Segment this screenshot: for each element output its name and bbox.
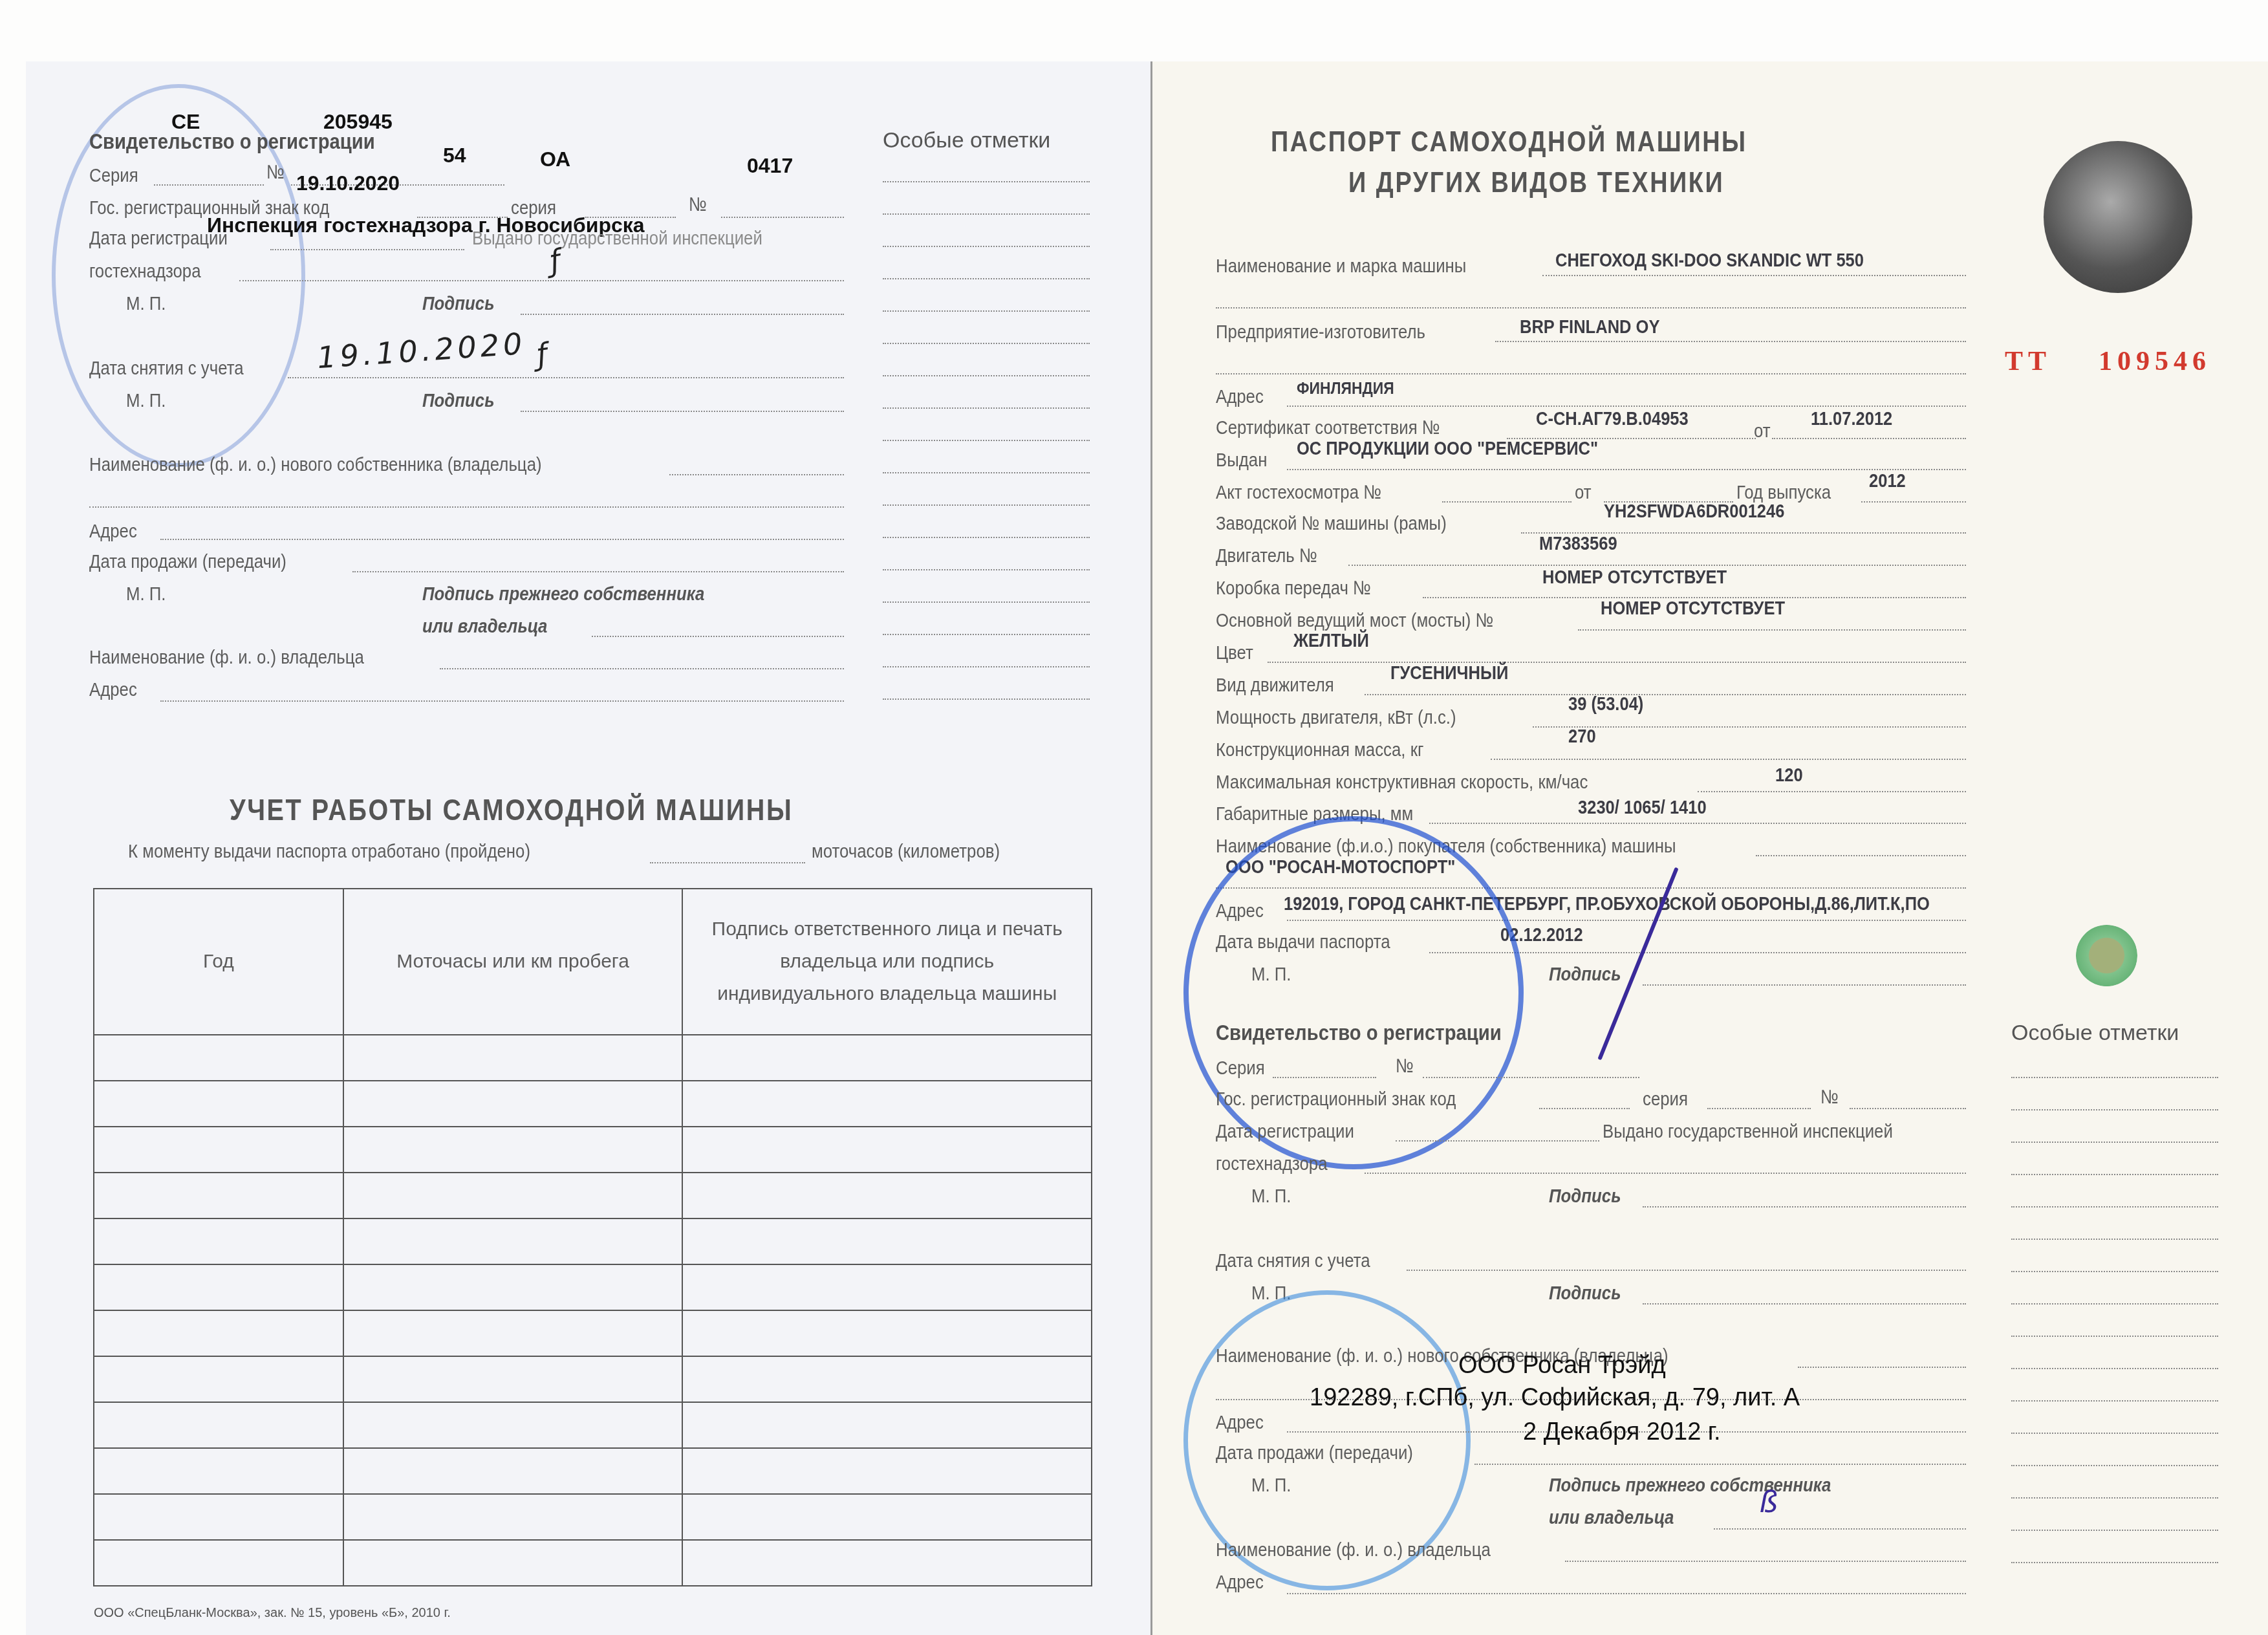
table-cell	[343, 1127, 683, 1173]
table-cell	[94, 1310, 343, 1356]
table-row	[94, 1310, 1092, 1356]
table-cell	[682, 1081, 1092, 1127]
certificate-date: 11.07.2012	[1811, 409, 1892, 430]
mass-value: 270	[1568, 726, 1596, 748]
power-label: Мощность двигателя, кВт (л.с.)	[1216, 707, 1456, 729]
table-cell	[94, 1035, 343, 1081]
series-label: Серия	[89, 165, 138, 187]
address-label: Адрес	[89, 521, 137, 543]
right-reg-sign-label: Гос. регистрационный знак код	[1216, 1088, 1456, 1110]
right-mp-label: М. П.	[1251, 1186, 1291, 1207]
table-row	[94, 1264, 1092, 1310]
right-reg-number-label: №	[1820, 1087, 1839, 1109]
machine-name-value: СНЕГОХОД SKI-DOO SKANDIC WT 550	[1555, 250, 1864, 272]
propulsion-value: ГУСЕНИЧНЫЙ	[1390, 663, 1508, 684]
table-cell	[682, 1448, 1092, 1494]
work-log-intro-left: К моменту выдачи паспорта отработано (пр…	[128, 841, 530, 863]
table-cell	[682, 1310, 1092, 1356]
manufacturer-address-label: Адрес	[1216, 386, 1264, 408]
special-marks-heading: Особые отметки	[883, 128, 1050, 153]
mp-label-2: М. П.	[126, 390, 166, 412]
prev-owner-signature-label-2: или владельца	[422, 616, 547, 638]
table-cell	[94, 1218, 343, 1264]
right-owner-address-label: Адрес	[1216, 1572, 1264, 1594]
signature-label-right: Подпись	[1549, 964, 1621, 986]
engine-number-value: M7383569	[1539, 534, 1617, 555]
right-address-value: 192289, г.СПб, ул. Софийская, д. 79, лит…	[1310, 1384, 1800, 1412]
certificate-label: Сертификат соответствия №	[1216, 417, 1440, 439]
work-log-intro-right: моточасов (километров)	[812, 841, 1000, 863]
year-value: 2012	[1869, 471, 1906, 492]
right-handwritten-signature: ß	[1759, 1484, 1782, 1519]
table-row	[94, 1218, 1092, 1264]
table-cell	[343, 1218, 683, 1264]
passport-serial-number: 109546	[2099, 346, 2211, 377]
signature-label-2: Подпись	[422, 390, 494, 412]
table-cell	[682, 1494, 1092, 1540]
column-header-hours: Моточасы или км пробега	[343, 889, 683, 1035]
issued-label-cont: гостехнадзора	[89, 261, 201, 283]
owner-name-label: Наименование (ф. и. о.) владельца	[89, 647, 364, 669]
number-label: №	[266, 162, 285, 184]
passport-serial-series: ТТ	[2005, 346, 2051, 377]
table-cell	[94, 1264, 343, 1310]
column-header-year: Год	[94, 889, 343, 1035]
table-cell	[94, 1127, 343, 1173]
right-issued-label: Выдано государственной инспекцией	[1603, 1121, 1893, 1143]
table-cell	[94, 1494, 343, 1540]
table-cell	[343, 1264, 683, 1310]
right-number-label: №	[1396, 1056, 1414, 1077]
mp-label: М. П.	[126, 293, 166, 315]
propulsion-label: Вид движителя	[1216, 675, 1334, 697]
color-label: Цвет	[1216, 642, 1253, 664]
table-cell	[94, 1081, 343, 1127]
axle-number-value: НОМЕР ОТСУТСТВУЕТ	[1601, 598, 1785, 620]
right-owner-name-label: Наименование (ф. и. о.) владельца	[1216, 1539, 1491, 1561]
color-value: ЖЕЛТЫЙ	[1293, 631, 1369, 652]
table-row	[94, 1081, 1092, 1127]
table-cell	[94, 1356, 343, 1402]
table-cell	[343, 1448, 683, 1494]
right-prev-owner-signature-label: Подпись прежнего собственника	[1549, 1475, 1831, 1497]
manufacturer-address-value: ФИНЛЯНДИЯ	[1297, 378, 1394, 398]
manufacturer-label: Предприятие-изготовитель	[1216, 321, 1425, 343]
reg-date-value: 19.10.2020	[296, 171, 400, 195]
security-seal-icon	[2076, 925, 2137, 986]
inspection-from-label: от	[1575, 482, 1592, 504]
right-signature-label: Подпись	[1549, 1186, 1621, 1207]
issued-by-label: Выдан	[1216, 449, 1267, 471]
signature-label: Подпись	[422, 293, 494, 315]
table-cell	[94, 1173, 343, 1218]
right-address-label: Адрес	[1216, 1412, 1264, 1434]
gearbox-number-value: НОМЕР ОТСУТСТВУЕТ	[1542, 567, 1727, 589]
table-cell	[343, 1494, 683, 1540]
table-cell	[682, 1173, 1092, 1218]
table-cell	[343, 1035, 683, 1081]
passport-title-line2: И ДРУГИХ ВИДОВ ТЕХНИКИ	[1348, 167, 1724, 199]
frame-number-value: YH2SFWDA6DR001246	[1604, 501, 1784, 523]
table-cell	[94, 1540, 343, 1586]
table-cell	[343, 1540, 683, 1586]
right-prev-owner-signature-label-2: или владельца	[1549, 1507, 1674, 1529]
right-dereg-date-label: Дата снятия с учета	[1216, 1250, 1370, 1272]
table-cell	[682, 1264, 1092, 1310]
speed-label: Максимальная конструктивная скорость, км…	[1216, 772, 1588, 794]
right-mp-label-3: М. П.	[1251, 1475, 1291, 1497]
axle-number-label: Основной ведущий мост (мосты) №	[1216, 610, 1493, 632]
issued-by-value: ОС ПРОДУКЦИИ ООО "РЕМСЕРВИС"	[1297, 439, 1598, 460]
frame-number-label: Заводской № машины (рамы)	[1216, 513, 1447, 535]
table-row	[94, 1494, 1092, 1540]
table-row	[94, 1540, 1092, 1586]
reg-number-label: №	[689, 194, 707, 216]
table-row	[94, 1035, 1092, 1081]
reg-date-label: Дата регистрации	[89, 228, 228, 250]
table-cell	[94, 1448, 343, 1494]
owner-address-label: Адрес	[89, 679, 137, 701]
sale-date-label: Дата продажи (передачи)	[89, 551, 286, 573]
certificate-from-label: от	[1754, 420, 1771, 442]
right-sale-date-value: 2 Декабря 2012 г.	[1523, 1418, 1721, 1446]
table-row	[94, 1127, 1092, 1173]
mass-label: Конструкционная масса, кг	[1216, 739, 1423, 761]
column-header-signature: Подпись ответственного лица и печать вла…	[682, 889, 1092, 1035]
reg-series-value: ОА	[540, 147, 570, 171]
right-cert-title: Свидетельство о регистрации	[1216, 1021, 1502, 1046]
table-row	[94, 1173, 1092, 1218]
page-fold	[1150, 61, 1152, 1635]
issued-label: Выдано государственной инспекцией	[472, 228, 762, 250]
power-value: 39 (53.04)	[1568, 694, 1643, 715]
table-cell	[682, 1356, 1092, 1402]
work-log-title: УЧЕТ РАБОТЫ САМОХОДНОЙ МАШИНЫ	[230, 792, 793, 827]
speed-value: 120	[1775, 765, 1803, 786]
right-special-marks-heading: Особые отметки	[2011, 1021, 2179, 1046]
table-cell	[343, 1310, 683, 1356]
table-row	[94, 1448, 1092, 1494]
gearbox-number-label: Коробка передач №	[1216, 578, 1371, 600]
right-reg-series-label: серия	[1643, 1088, 1688, 1110]
new-owner-label: Наименование (ф. и. о.) нового собственн…	[89, 454, 542, 476]
year-label: Год выпуска	[1736, 482, 1831, 504]
dimensions-value: 3230/ 1065/ 1410	[1578, 797, 1707, 819]
certificate-value: С-СН.АГ79.В.04953	[1536, 409, 1689, 430]
work-log-table: Год Моточасы или км пробега Подпись отве…	[93, 888, 1092, 1586]
engine-number-label: Двигатель №	[1216, 545, 1317, 567]
right-reg-date-label: Дата регистрации	[1216, 1121, 1354, 1143]
right-issued-label-cont: гостехнадзора	[1216, 1153, 1328, 1175]
customs-stamp	[1183, 816, 1524, 1169]
right-series-label: Серия	[1216, 1057, 1265, 1079]
table-cell	[682, 1218, 1092, 1264]
printer-footer: ООО «СпецБланк-Москва», зак. № 15, урове…	[94, 1606, 451, 1621]
table-cell	[94, 1402, 343, 1448]
passport-title-line1: ПАСПОРТ САМОХОДНОЙ МАШИНЫ	[1271, 126, 1747, 158]
manufacturer-value: BRP FINLAND OY	[1520, 317, 1659, 338]
cert-title: Свидетельство о регистрации	[89, 129, 375, 155]
table-cell	[343, 1173, 683, 1218]
table-cell	[682, 1035, 1092, 1081]
hologram-sticker	[2044, 141, 2192, 293]
reg-code-value: 54	[443, 144, 466, 168]
table-row	[94, 1402, 1092, 1448]
table-cell	[682, 1540, 1092, 1586]
table-cell	[682, 1127, 1092, 1173]
reg-number-value: 0417	[747, 154, 793, 178]
mp-label-3: М. П.	[126, 583, 166, 605]
table-cell	[343, 1081, 683, 1127]
table-cell	[682, 1402, 1092, 1448]
table-cell	[343, 1402, 683, 1448]
table-cell	[343, 1356, 683, 1402]
inspection-act-label: Акт гостехосмотра №	[1216, 482, 1381, 504]
prev-owner-signature-label: Подпись прежнего собственника	[422, 583, 704, 605]
right-signature-label-2: Подпись	[1549, 1283, 1621, 1305]
table-row	[94, 1356, 1092, 1402]
machine-name-label: Наименование и марка машины	[1216, 255, 1466, 277]
right-new-owner-value: ООО Росан Трэйд	[1458, 1352, 1666, 1380]
dereg-date-label: Дата снятия с учета	[89, 358, 244, 380]
right-sale-date-label: Дата продажи (передачи)	[1216, 1442, 1413, 1464]
